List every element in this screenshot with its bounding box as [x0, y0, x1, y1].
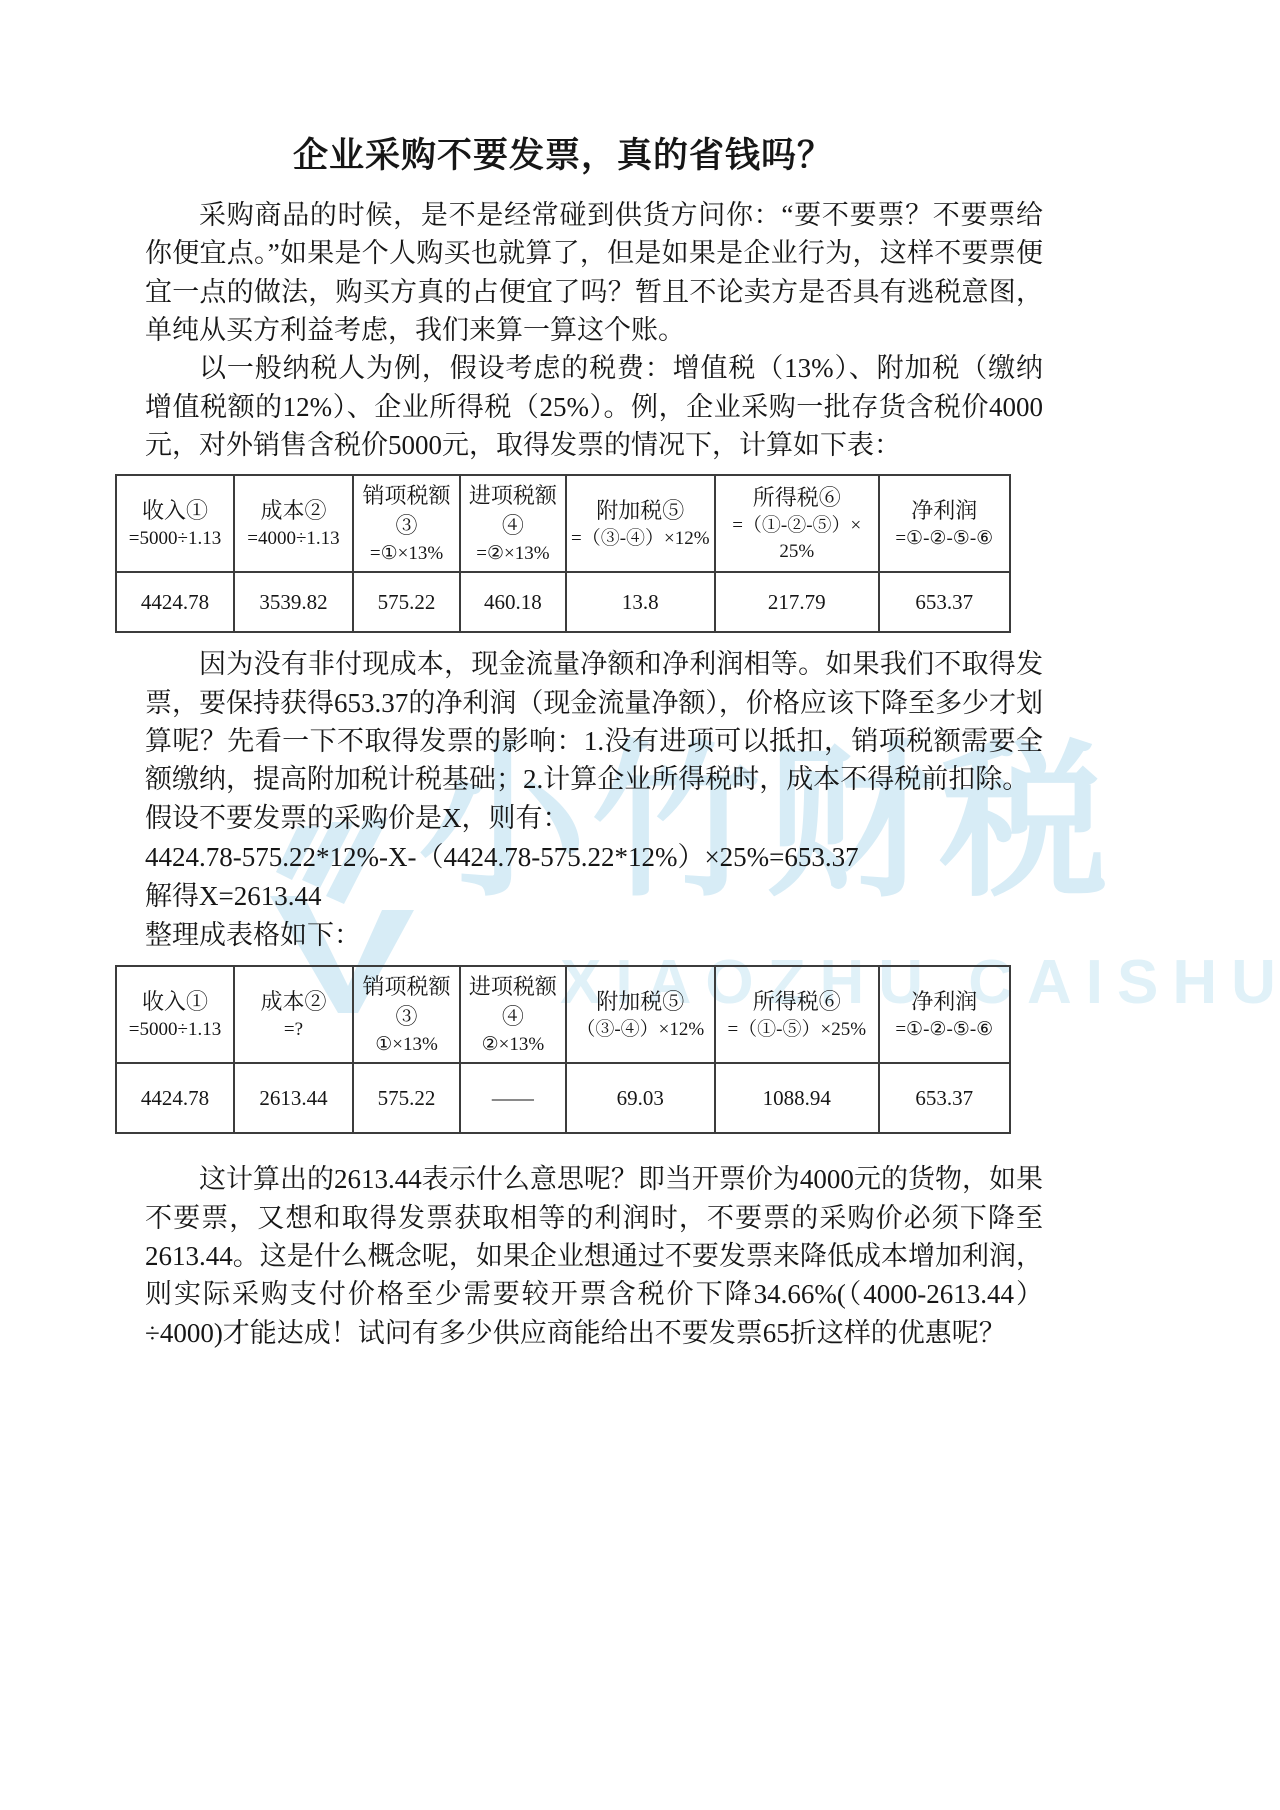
- table-cell: 69.03: [566, 1063, 715, 1133]
- table-header-cell: 成本②=4000÷1.13: [234, 475, 353, 572]
- table-header-cell: 附加税⑤=（③-④）×12%: [566, 475, 715, 572]
- table-header-cell: 进项税额④=②×13%: [460, 475, 565, 572]
- table-header-cell: 进项税额④②×13%: [460, 966, 565, 1063]
- table-cell: 653.37: [879, 1063, 1010, 1133]
- table-cell: 575.22: [353, 1063, 460, 1133]
- paragraph-example-setup: 以一般纳税人为例，假设考虑的税费：增值税（13%）、附加税（缴纳增值税额的12%…: [145, 349, 1043, 464]
- table-cell: 2613.44: [234, 1063, 353, 1133]
- table-header-cell: 附加税⑤（③-④）×12%: [566, 966, 715, 1063]
- table-cell: 3539.82: [234, 572, 353, 632]
- table-header-cell: 成本②=?: [234, 966, 353, 1063]
- with-invoice-table: 收入①=5000÷1.13 成本②=4000÷1.13 销项税额③=①×13% …: [115, 474, 1011, 633]
- table-header-cell: 净利润=①-②-⑤-⑥: [879, 966, 1010, 1063]
- table-header-cell: 净利润=①-②-⑤-⑥: [879, 475, 1010, 572]
- table-cell: 4424.78: [116, 572, 234, 632]
- table-value-row: 4424.78 2613.44 575.22 —— 69.03 1088.94 …: [116, 1063, 1010, 1133]
- table-cell: 1088.94: [715, 1063, 879, 1133]
- assumption-line: 假设不要发票的采购价是X，则有：: [145, 799, 1043, 838]
- table2-intro-line: 整理成表格如下：: [145, 916, 1043, 955]
- table-cell: 217.79: [715, 572, 879, 632]
- table-cell: 653.37: [879, 572, 1010, 632]
- equation-line: 4424.78-575.22*12%-X-（4424.78-575.22*12%…: [145, 838, 1043, 877]
- table-cell: 4424.78: [116, 1063, 234, 1133]
- table-header-cell: 销项税额③①×13%: [353, 966, 460, 1063]
- table-cell: 575.22: [353, 572, 460, 632]
- table-header-cell: 销项税额③=①×13%: [353, 475, 460, 572]
- article: 企业采购不要发票，真的省钱吗？ 采购商品的时候，是不是经常碰到供货方问你：“要不…: [115, 128, 1043, 1352]
- table-header-cell: 所得税⑥=（①-②-⑤）× 25%: [715, 475, 879, 572]
- table-header-cell: 收入①=5000÷1.13: [116, 966, 234, 1063]
- table-header-cell: 所得税⑥=（①-⑤）×25%: [715, 966, 879, 1063]
- table-cell: 13.8: [566, 572, 715, 632]
- table-cell: ——: [460, 1063, 565, 1133]
- spacer: [115, 1146, 1043, 1160]
- without-invoice-table: 收入①=5000÷1.13 成本②=? 销项税额③①×13% 进项税额④②×13…: [115, 965, 1011, 1134]
- paragraph-conclusion: 这计算出的2613.44表示什么意思呢？即当开票价为4000元的货物，如果不要票…: [145, 1160, 1043, 1352]
- document-page: 小竹财税 XIAOZHU CAISHUI 企业采购不要发票，真的省钱吗？ 采购商…: [0, 0, 1280, 1810]
- table-header-row: 收入①=5000÷1.13 成本②=? 销项税额③①×13% 进项税额④②×13…: [116, 966, 1010, 1063]
- table-cell: 460.18: [460, 572, 565, 632]
- solution-line: 解得X=2613.44: [145, 877, 1043, 916]
- table-header-cell: 收入①=5000÷1.13: [116, 475, 234, 572]
- paragraph-intro: 采购商品的时候，是不是经常碰到供货方问你：“要不要票？不要票给你便宜点。”如果是…: [145, 196, 1043, 349]
- table-header-row: 收入①=5000÷1.13 成本②=4000÷1.13 销项税额③=①×13% …: [116, 475, 1010, 572]
- table-value-row: 4424.78 3539.82 575.22 460.18 13.8 217.7…: [116, 572, 1010, 632]
- page-title: 企业采购不要发票，真的省钱吗？: [115, 128, 1011, 178]
- paragraph-analysis: 因为没有非付现成本，现金流量净额和净利润相等。如果我们不取得发票，要保持获得65…: [145, 645, 1043, 798]
